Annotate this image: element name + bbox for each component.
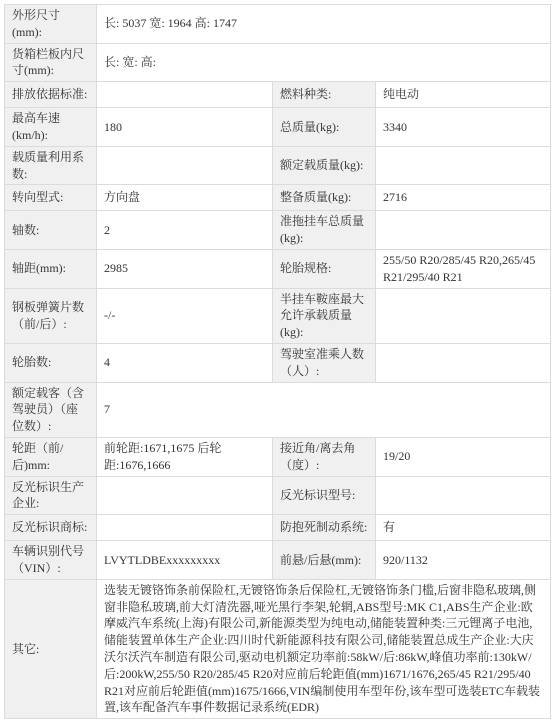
row-value-fuel-type: 纯电动 (376, 82, 551, 108)
row-label-reflective-marking-brand: 反光标识商标: (5, 515, 97, 541)
table-row: 载质量利用系数: 额定载质量(kg): (5, 146, 551, 185)
vehicle-spec-table: 外形尺寸(mm): 长: 5037 宽: 1964 高: 1747 货箱栏板内尺… (4, 4, 551, 719)
row-value-leaf-spring-count: -/- (97, 288, 273, 343)
table-row: 轴距(mm): 2985 轮胎规格: 255/50 R20/285/45 R20… (5, 249, 551, 288)
row-label-fifth-wheel-load: 半挂车鞍座最大允许承载质量(kg): (273, 288, 376, 343)
row-value-reflective-marking-brand (97, 515, 273, 541)
row-value-load-utilization (97, 146, 273, 185)
row-label-load-utilization: 载质量利用系数: (5, 146, 97, 185)
row-value-reflective-marking-manufacturer (97, 476, 273, 515)
row-value-gross-mass: 3340 (376, 108, 551, 147)
row-label-reflective-marking-model: 反光标识型号: (273, 476, 376, 515)
row-value-vin: LVYTLDBExxxxxxxxx (97, 541, 273, 580)
table-row: 轮胎数: 4 驾驶室准乘人数（人）: (5, 343, 551, 382)
row-label-rated-load: 额定载质量(kg): (273, 146, 376, 185)
row-label-axle-count: 轴数: (5, 211, 97, 250)
table-row: 轴数: 2 准拖挂车总质量(kg): (5, 211, 551, 250)
row-label-cargo-box-dimensions: 货箱栏板内尺寸(mm): (5, 43, 97, 82)
table-row: 钢板弹簧片数（前/后）: -/- 半挂车鞍座最大允许承载质量(kg): (5, 288, 551, 343)
row-value-wheelbase: 2985 (97, 249, 273, 288)
row-value-front-rear-overhang: 920/1132 (376, 541, 551, 580)
table-row: 最高车速(km/h): 180 总质量(kg): 3340 (5, 108, 551, 147)
row-value-cab-passengers (376, 343, 551, 382)
table-row: 额定载客（含驾驶员）（座位数）: 7 (5, 382, 551, 437)
row-label-steering-type: 转向型式: (5, 185, 97, 211)
table-row: 车辆识别代号（VIN）: LVYTLDBExxxxxxxxx 前悬/后悬(mm)… (5, 541, 551, 580)
row-value-emission-standard (97, 82, 273, 108)
table-row: 货箱栏板内尺寸(mm): 长: 宽: 高: (5, 43, 551, 82)
row-value-other-remarks: 选装无镀铬饰条前保险杠,无镀铬饰条后保险杠,无镀铬饰条门槛,后窗非隐私玻璃,侧窗… (97, 579, 551, 718)
row-label-emission-standard: 排放依据标准: (5, 82, 97, 108)
table-row: 反光标识商标: 防抱死制动系统: 有 (5, 515, 551, 541)
row-label-rated-seating: 额定载客（含驾驶员）（座位数）: (5, 382, 97, 437)
row-value-exterior-dimensions: 长: 5037 宽: 1964 高: 1747 (97, 5, 551, 44)
table-row: 转向型式: 方向盘 整备质量(kg): 2716 (5, 185, 551, 211)
row-value-tire-count: 4 (97, 343, 273, 382)
row-label-max-speed: 最高车速(km/h): (5, 108, 97, 147)
row-label-reflective-marking-manufacturer: 反光标识生产企业: (5, 476, 97, 515)
row-value-rated-seating: 7 (97, 382, 551, 437)
row-label-exterior-dimensions: 外形尺寸(mm): (5, 5, 97, 44)
row-label-approach-departure-angle: 接近角/离去角（度）: (273, 437, 376, 476)
row-label-gross-mass: 总质量(kg): (273, 108, 376, 147)
row-label-trailer-gross-mass: 准拖挂车总质量(kg): (273, 211, 376, 250)
row-label-wheelbase: 轴距(mm): (5, 249, 97, 288)
row-label-vin: 车辆识别代号（VIN）: (5, 541, 97, 580)
row-value-approach-departure-angle: 19/20 (376, 437, 551, 476)
table-row: 排放依据标准: 燃料种类: 纯电动 (5, 82, 551, 108)
table-row: 外形尺寸(mm): 长: 5037 宽: 1964 高: 1747 (5, 5, 551, 44)
row-label-cab-passengers: 驾驶室准乘人数（人）: (273, 343, 376, 382)
table-row: 其它: 选装无镀铬饰条前保险杠,无镀铬饰条后保险杠,无镀铬饰条门槛,后窗非隐私玻… (5, 579, 551, 718)
row-label-other: 其它: (5, 579, 97, 718)
row-label-track-width: 轮距（前/后)mm: (5, 437, 97, 476)
row-value-steering-type: 方向盘 (97, 185, 273, 211)
row-value-track-width: 前轮距:1671,1675 后轮距:1676,1666 (97, 437, 273, 476)
row-value-abs: 有 (376, 515, 551, 541)
row-label-front-rear-overhang: 前悬/后悬(mm): (273, 541, 376, 580)
table-row: 轮距（前/后)mm: 前轮距:1671,1675 后轮距:1676,1666 接… (5, 437, 551, 476)
row-value-max-speed: 180 (97, 108, 273, 147)
row-value-axle-count: 2 (97, 211, 273, 250)
row-label-curb-mass: 整备质量(kg): (273, 185, 376, 211)
row-value-rated-load (376, 146, 551, 185)
row-value-reflective-marking-model (376, 476, 551, 515)
row-label-tire-spec: 轮胎规格: (273, 249, 376, 288)
row-value-fifth-wheel-load (376, 288, 551, 343)
row-value-curb-mass: 2716 (376, 185, 551, 211)
row-label-abs: 防抱死制动系统: (273, 515, 376, 541)
row-label-tire-count: 轮胎数: (5, 343, 97, 382)
row-value-tire-spec: 255/50 R20/285/45 R20,265/45 R21/295/40 … (376, 249, 551, 288)
row-label-fuel-type: 燃料种类: (273, 82, 376, 108)
row-value-trailer-gross-mass (376, 211, 551, 250)
row-value-cargo-box-dimensions: 长: 宽: 高: (97, 43, 551, 82)
row-label-leaf-spring-count: 钢板弹簧片数（前/后）: (5, 288, 97, 343)
table-row: 反光标识生产企业: 反光标识型号: (5, 476, 551, 515)
